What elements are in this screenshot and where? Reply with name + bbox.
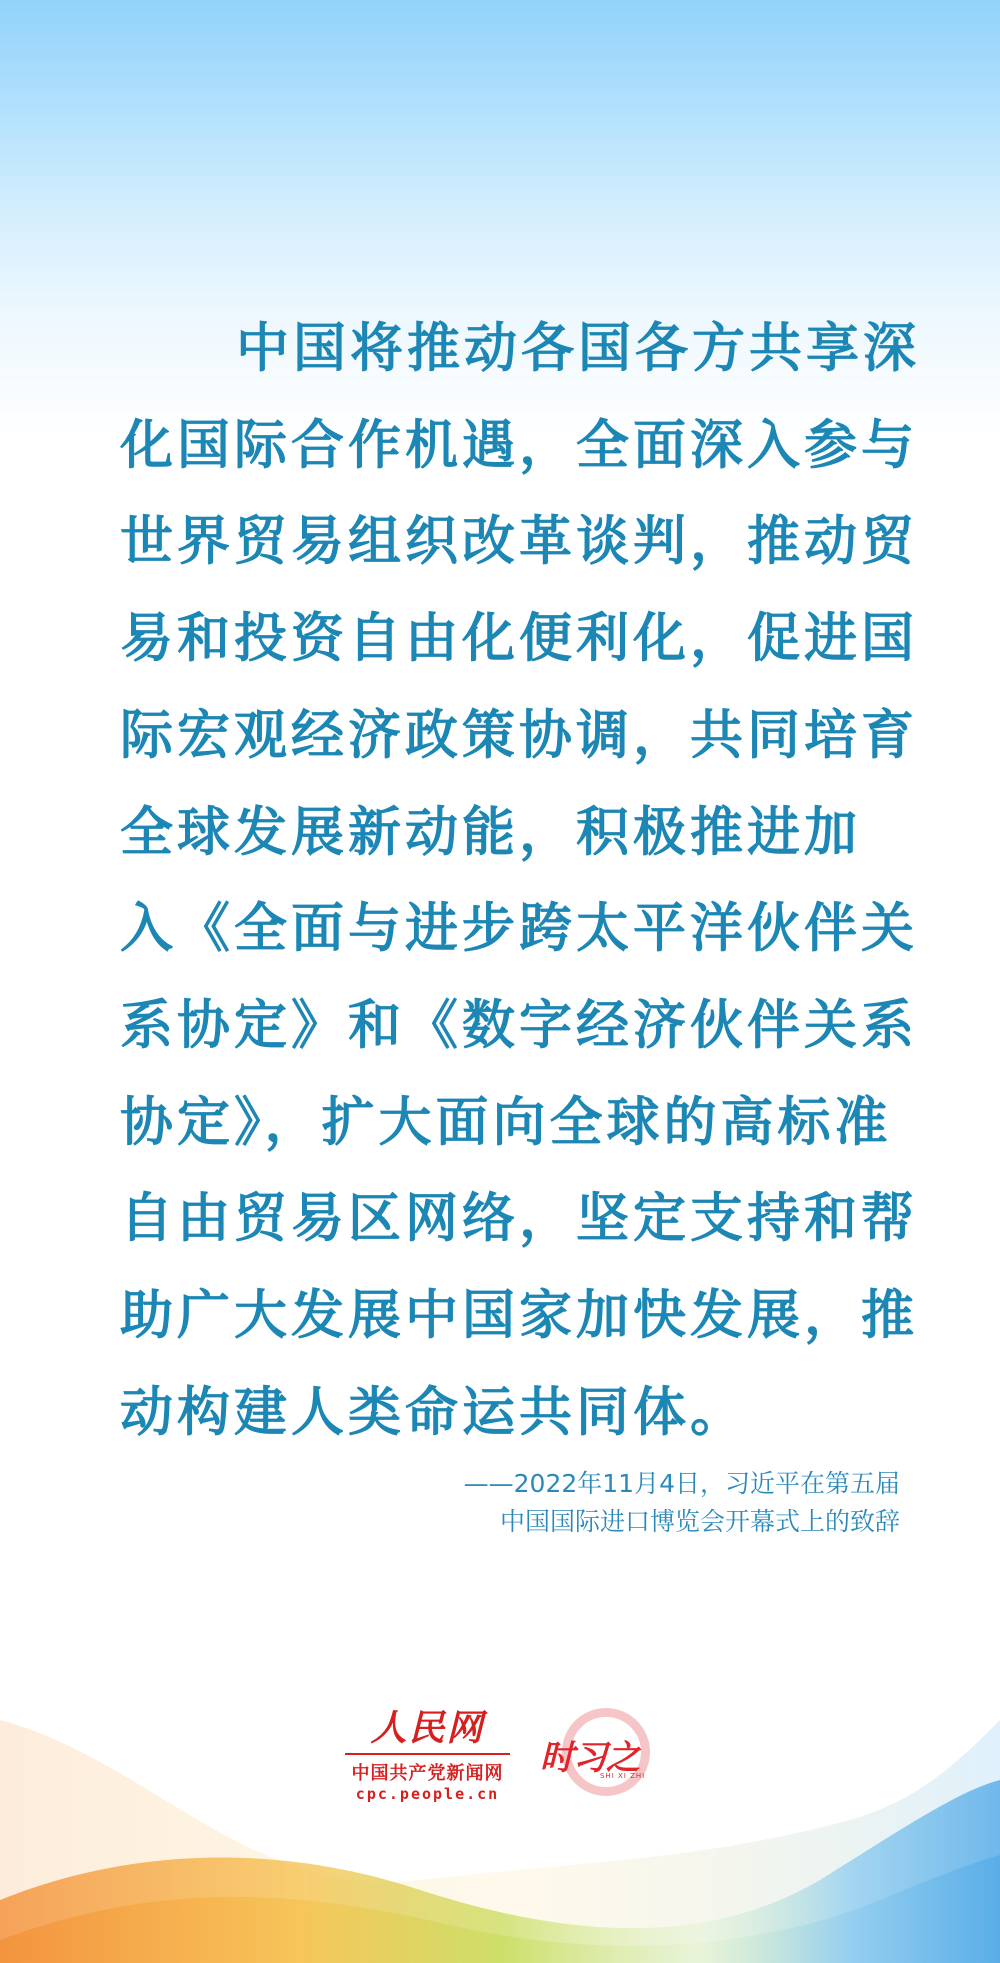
quote-line: 际宏观经济政策协调，共同培育 — [120, 687, 900, 784]
attribution-line-1: ——2022年11月4日，习近平在第五届 — [464, 1465, 900, 1503]
shixizhi-logo: 时习之 SHI XI ZHI — [540, 1700, 670, 1810]
people-logo-name: 中国共产党新闻网 — [352, 1759, 504, 1785]
quote-line: 中国将推动各国各方共享深 — [120, 300, 900, 397]
quote-line: 入《全面与进步跨太平洋伙伴关 — [120, 880, 900, 977]
people-logo-script: 人民网 — [370, 1700, 484, 1751]
quote-line: 易和投资自由化便利化，促进国 — [120, 590, 900, 687]
people-logo-url: cpc.people.cn — [356, 1785, 499, 1803]
quote-line: 世界贸易组织改革谈判，推动贸 — [120, 493, 900, 590]
people-daily-logo: 人民网 中国共产党新闻网 cpc.people.cn — [345, 1700, 510, 1803]
quote-line: 助广大发展中国家加快发展，推 — [120, 1267, 900, 1364]
quote-line: 动构建人类命运共同体。 — [120, 1364, 900, 1461]
shixizhi-subtitle: SHI XI ZHI — [600, 1772, 645, 1780]
attribution: ——2022年11月4日，习近平在第五届 中国国际进口博览会开幕式上的致辞 — [464, 1465, 900, 1541]
quote-line: 协定》，扩大面向全球的高标准 — [120, 1074, 900, 1171]
quote-line: 系协定》和《数字经济伙伴关系 — [120, 977, 900, 1074]
quote-line: 全球发展新动能，积极推进加 — [120, 784, 900, 881]
divider — [345, 1753, 510, 1755]
logo-group: 人民网 中国共产党新闻网 cpc.people.cn 时习之 SHI XI ZH… — [345, 1700, 670, 1810]
quote-line: 化国际合作机遇，全面深入参与 — [120, 397, 900, 494]
attribution-line-2: 中国国际进口博览会开幕式上的致辞 — [464, 1503, 900, 1541]
quote-block: 中国将推动各国各方共享深 化国际合作机遇，全面深入参与 世界贸易组织改革谈判，推… — [120, 300, 900, 1460]
quote-line: 自由贸易区网络，坚定支持和帮 — [120, 1170, 900, 1267]
